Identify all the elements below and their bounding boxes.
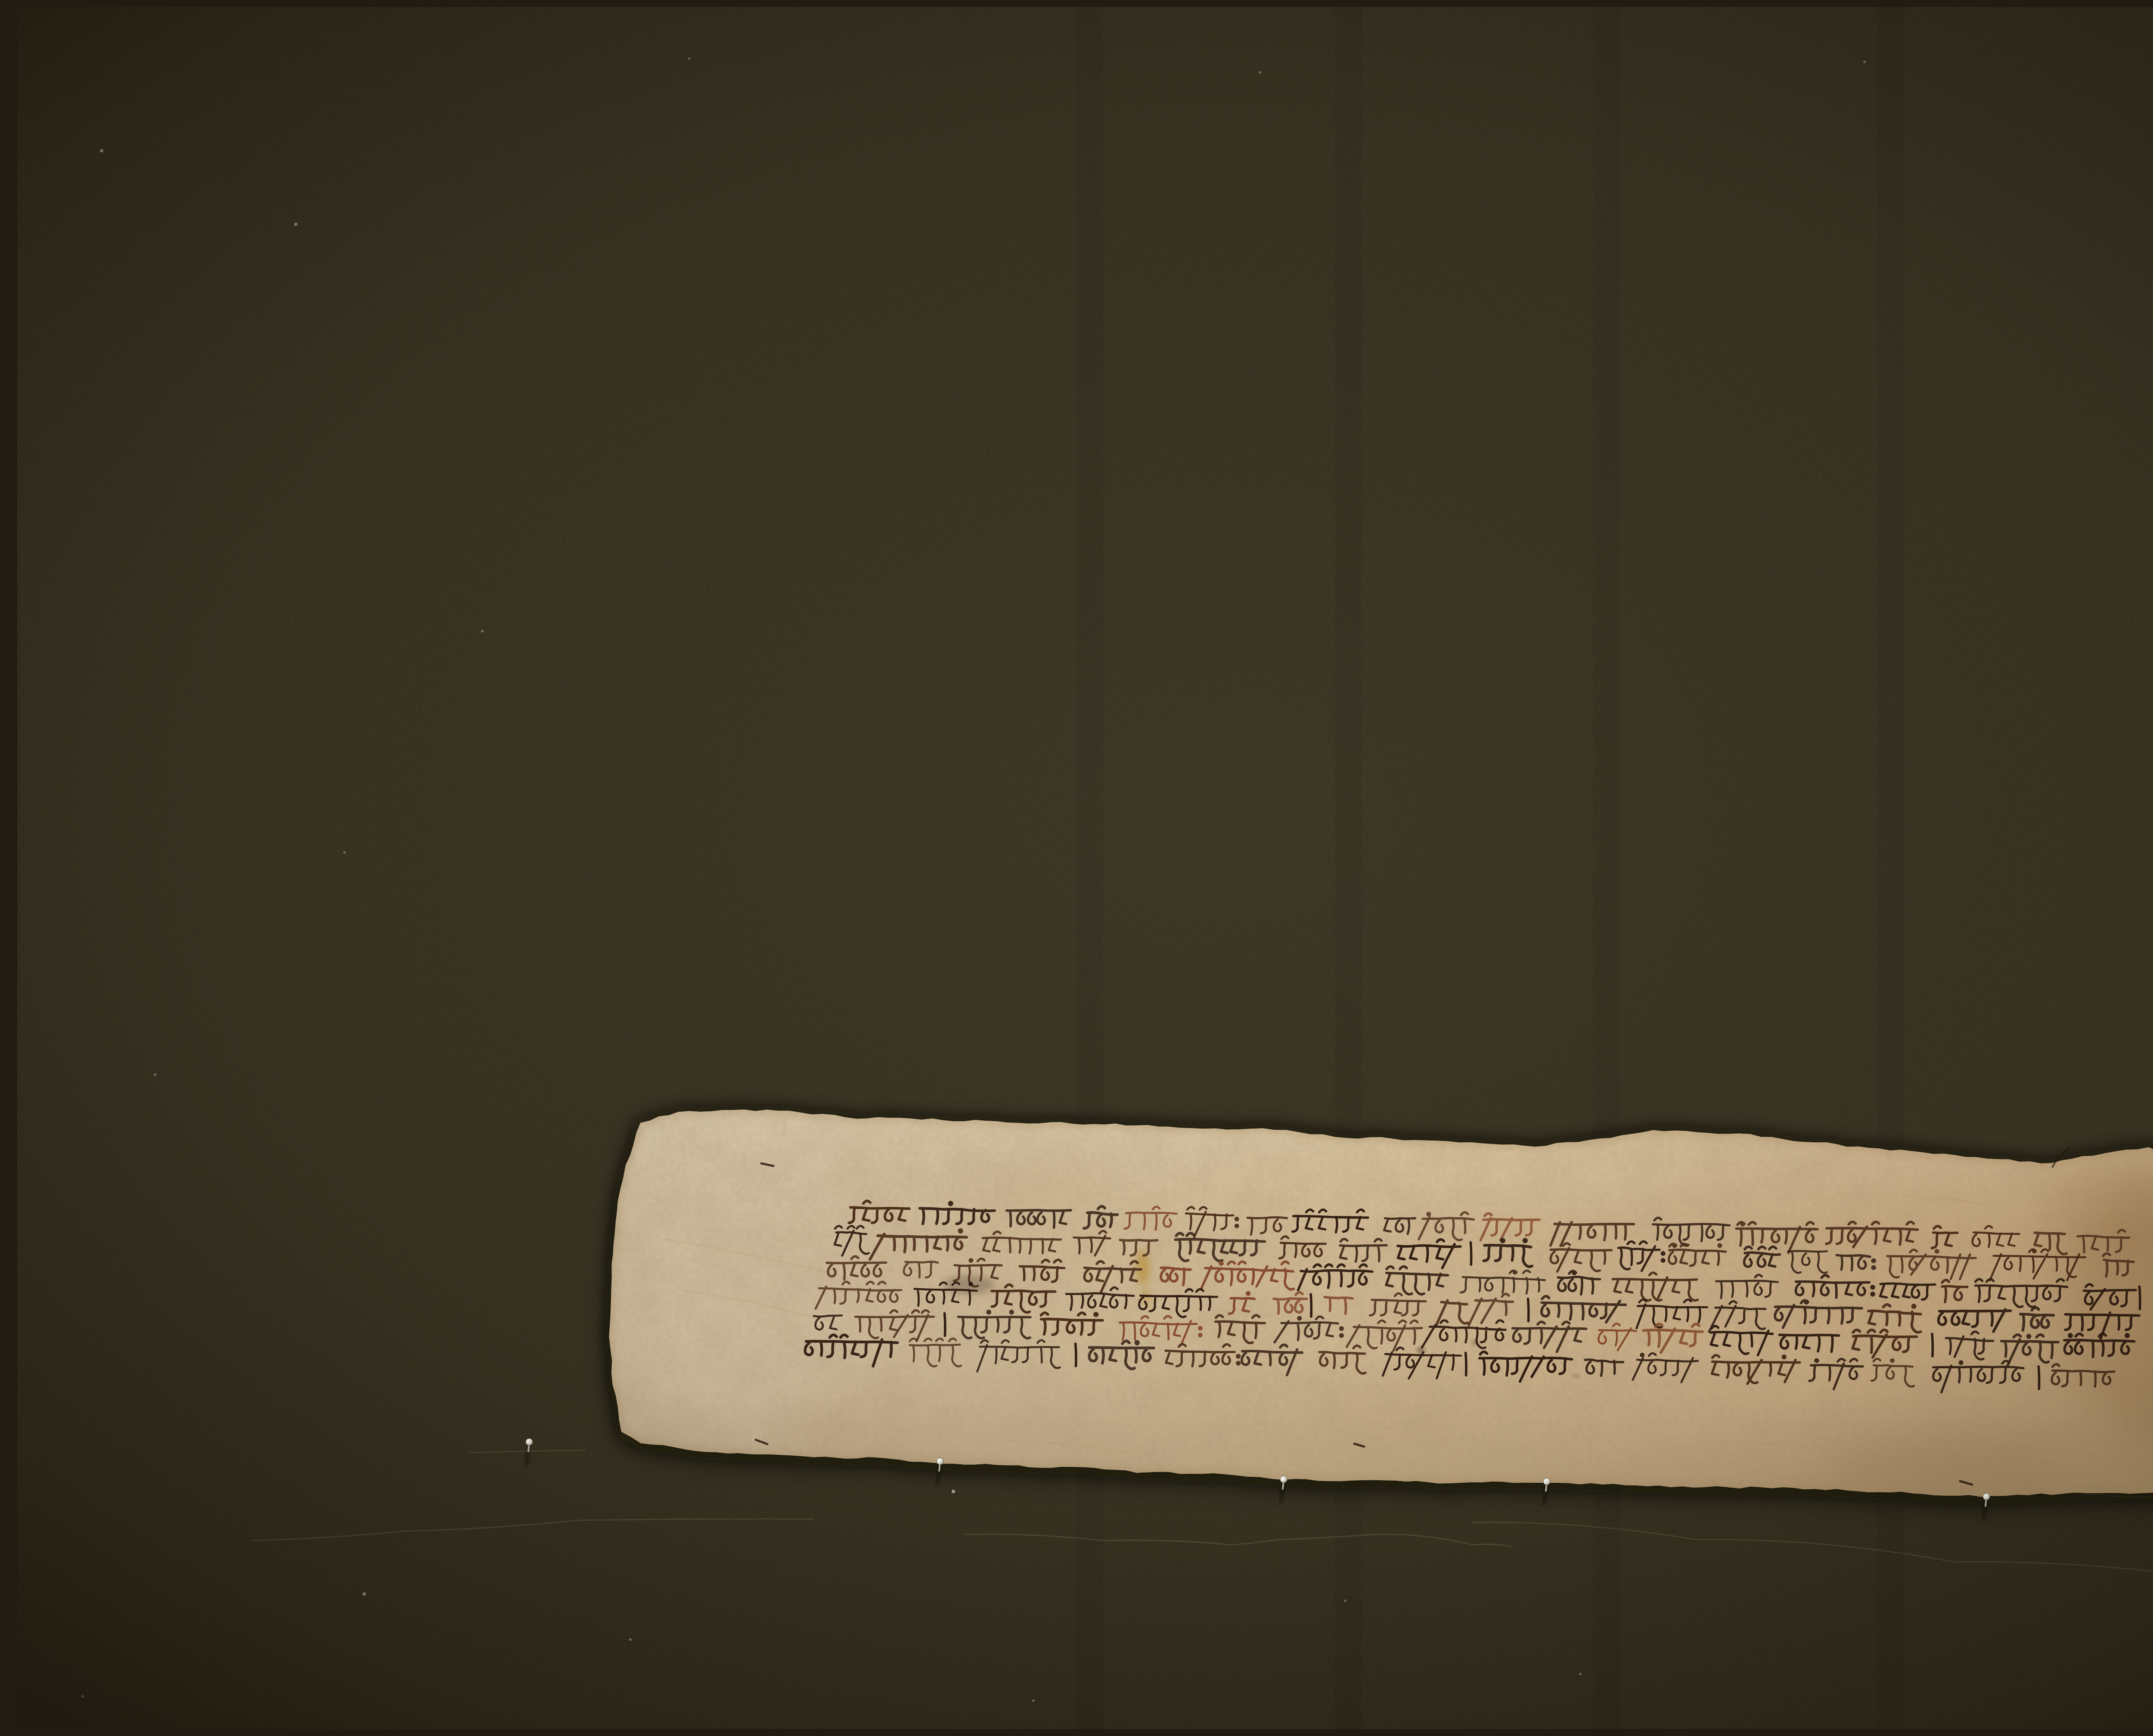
photo-canvas: Handwritten manuscript leaf pinned to a … — [17, 7, 2153, 1729]
vignette-overlay — [17, 7, 2153, 1729]
manuscript-photograph: Handwritten manuscript leaf pinned to a … — [17, 7, 2153, 1729]
